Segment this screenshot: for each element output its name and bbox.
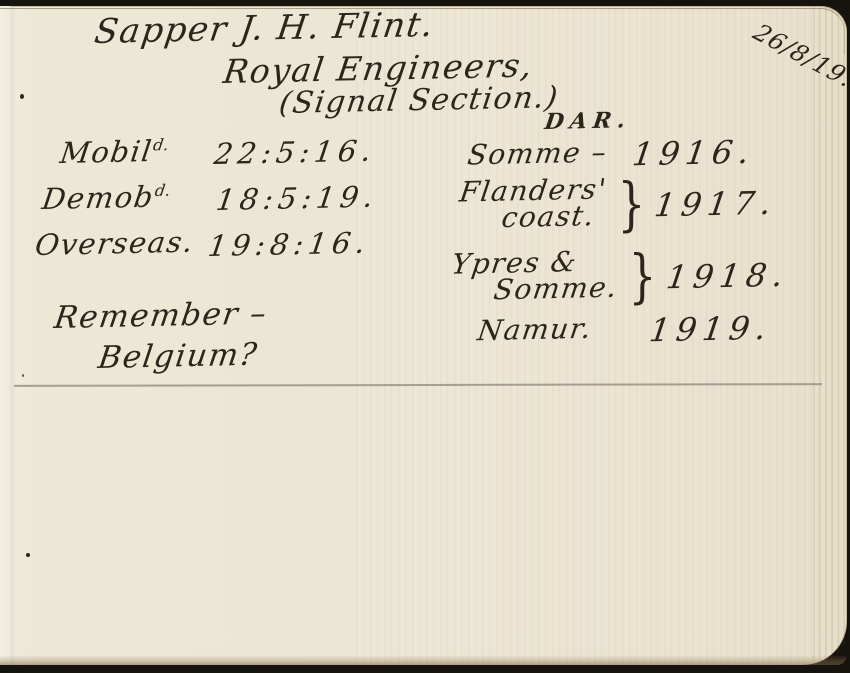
label-text: Overseas. [33,225,196,262]
entry-date: 26/8/19. [748,19,850,93]
dar-abbreviation: DAR. [543,107,633,135]
page-gutter [0,6,16,665]
service-date-mobilised: 22:5:16. [212,134,378,171]
campaign-flanders-1917: Flanders' coast. } 1917. [460,170,777,238]
label-superscript: d. [154,181,172,200]
page-bottom-shadow [0,655,847,665]
campaign-year: 1919. [647,309,774,350]
ruled-divider-line [14,383,822,386]
campaign-place-lines: Flanders' coast. [460,177,607,231]
label-text: Demob [40,180,156,216]
belgium-line: Belgium? [96,337,260,376]
campaign-namur-1919: Namur. 1919. [478,310,772,348]
campaign-ypres-somme-1918: Ypres & Somme. } 1918. [452,242,788,310]
service-label-overseas: Overseas. [33,225,196,262]
campaign-place-line2: coast. [500,202,609,232]
service-label-mobilised: Mobild. [58,134,170,170]
campaign-place-lines: Ypres & Somme. [452,249,618,303]
remember-line: Remember – [52,296,270,336]
campaign-year: 1916. [630,133,757,174]
campaign-place: Namur. [476,311,595,346]
ink-speck [22,374,24,377]
campaign-somme-1916: Somme – 1916. [468,134,755,172]
autograph-book-photo: Sapper J. H. Flint. 26/8/19. Royal Engin… [0,0,850,673]
notebook-page: Sapper J. H. Flint. 26/8/19. Royal Engin… [0,6,847,665]
campaign-year: 1918. [664,256,791,297]
section-line: (Signal Section.) [277,80,561,121]
service-date-overseas: 19:8:16. [206,226,372,263]
service-date-demobilised: 18:5:19. [214,180,380,217]
label-text: Mobil [58,134,155,170]
ink-speck [20,94,24,99]
ink-speck [26,553,30,557]
label-superscript: d. [152,135,170,154]
page-fore-edge [813,6,847,665]
soldier-name: Sapper J. H. Flint. [92,5,437,52]
brace-glyph: } [628,242,656,310]
campaign-year: 1917. [653,184,780,225]
campaign-place-line2: Somme. [492,274,620,305]
service-label-demobilised: Demobd. [40,179,172,216]
brace-glyph: } [617,170,645,238]
campaign-place: Somme – [466,135,610,171]
